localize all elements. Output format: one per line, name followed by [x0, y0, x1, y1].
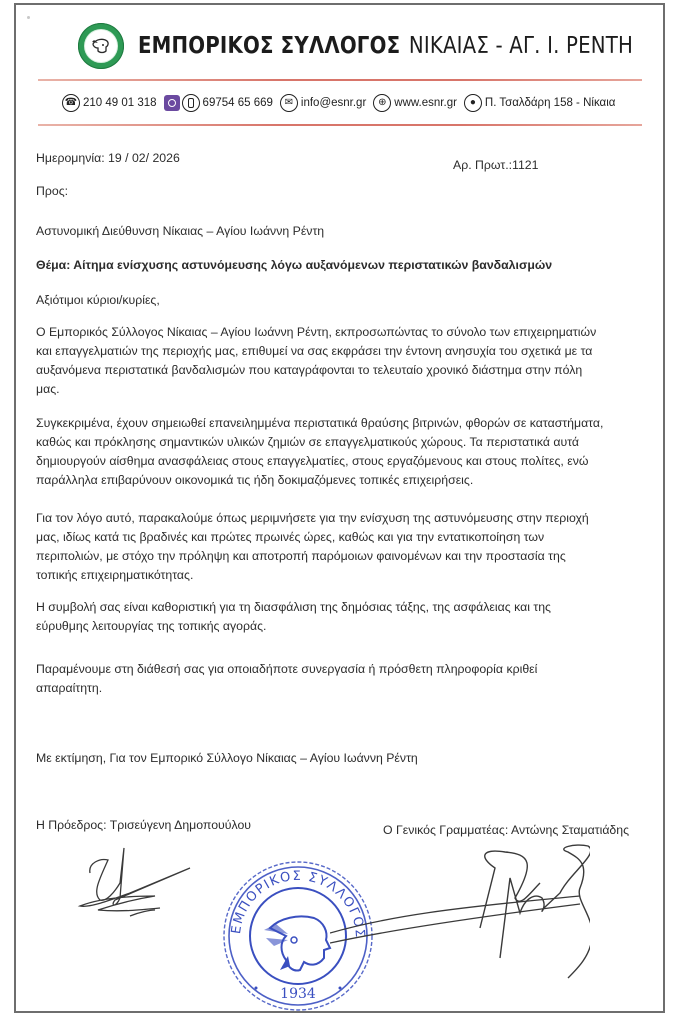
envelope-icon: ✉	[280, 94, 298, 112]
paragraph-line: μας, ιδίως κατά τις βραδινές και πρώτες …	[36, 528, 636, 547]
salutation: Αξιότιμοι κύριοι/κυρίες,	[36, 293, 160, 307]
email-link[interactable]: info@esnr.gr	[301, 97, 366, 109]
scan-speck	[27, 16, 30, 19]
recipient-name: Αστυνομική Διεύθυνση Νίκαιας – Αγίου Ιωά…	[36, 224, 324, 238]
letter-subject: Θέμα: Αίτημα ενίσχυσης αστυνόμευσης λόγω…	[36, 258, 552, 272]
title-bold-part: ΕΜΠΟΡΙΚΟΣ ΣΥΛΛΟΓΟΣ	[138, 33, 400, 59]
protocol-number: Αρ. Πρωτ.:1121	[453, 158, 538, 172]
president-signatory: Η Πρόεδρος: Τρισεύγενη Δημοπουύλου	[36, 818, 251, 832]
paragraph-line: δημιουργούν αίσθημα ανασφάλειας στους επ…	[36, 452, 636, 471]
paragraph-4: Η συμβολή σας είναι καθοριστική για τη δ…	[36, 598, 636, 636]
association-logo-icon	[78, 23, 124, 69]
address: Π. Τσαλδάρη 158 - Νίκαια	[485, 97, 615, 109]
svg-text:1934: 1934	[280, 986, 316, 1002]
paragraph-line: αυξανόμενα περιστατικά βανδαλισμών που κ…	[36, 361, 636, 380]
letterhead-title-row: ΕΜΠΟΡΙΚΟΣ ΣΥΛΛΟΓΟΣΝΙΚΑΙΑΣ - ΑΓ. Ι. ΡΕΝΤΗ	[78, 20, 689, 72]
website-link[interactable]: www.esnr.gr	[394, 97, 457, 109]
contact-bar: ☎ 210 49 01 318 69754 65 669 ✉ info@esnr…	[62, 92, 622, 114]
secretary-signatory: Ο Γενικός Γραμματέας: Αντώνης Σταματιάδη…	[383, 823, 629, 837]
president-signature	[70, 838, 210, 918]
location-pin-icon: ●	[464, 94, 482, 112]
secretary-signature	[330, 838, 590, 998]
paragraph-line: εύρυθμης λειτουργίας της τοπικής αγοράς.	[36, 617, 636, 636]
paragraph-3: Για τον λόγο αυτό, παρακαλούμε όπως μερι…	[36, 509, 636, 585]
paragraph-line: περιπολιών, με στόχο την πρόληψη και απο…	[36, 547, 636, 566]
paragraph-line: παράλληλα επιβαρύνουν οικονομικά τις ήδη…	[36, 471, 636, 490]
header-divider-top	[38, 79, 642, 81]
paragraph-2: Συγκεκριμένα, έχουν σημειωθεί επανειλημμ…	[36, 414, 636, 490]
paragraph-1: Ο Εμπορικός Σύλλογος Νίκαιας – Αγίου Ιωά…	[36, 323, 636, 399]
paragraph-line: Η συμβολή σας είναι καθοριστική για τη δ…	[36, 598, 636, 617]
paragraph-line: μας.	[36, 380, 636, 399]
mobile-number[interactable]: 69754 65 669	[203, 97, 273, 109]
paragraph-line: καθώς και πρόκλησης σημαντικών υλικών ζη…	[36, 433, 636, 452]
recipient-label: Προς:	[36, 184, 68, 198]
globe-icon: ⊕	[373, 94, 391, 112]
header-divider-bottom	[38, 124, 642, 126]
association-name: ΕΜΠΟΡΙΚΟΣ ΣΥΛΛΟΓΟΣΝΙΚΑΙΑΣ - ΑΓ. Ι. ΡΕΝΤΗ	[138, 33, 633, 59]
closing: Με εκτίμηση, Για τον Εμπορικό Σύλλογο Νί…	[36, 751, 418, 765]
paragraph-line: και επαγγελματιών της περιοχής μας, επιθ…	[36, 342, 636, 361]
paragraph-line: Συγκεκριμένα, έχουν σημειωθεί επανειλημμ…	[36, 414, 636, 433]
title-regular-part: ΝΙΚΑΙΑΣ - ΑΓ. Ι. ΡΕΝΤΗ	[409, 33, 633, 59]
paragraph-line: Παραμένουμε στη διάθεσή σας για οποιαδήπ…	[36, 660, 636, 679]
paragraph-5: Παραμένουμε στη διάθεσή σας για οποιαδήπ…	[36, 660, 636, 698]
phone-number[interactable]: 210 49 01 318	[83, 97, 157, 109]
phone-icon: ☎	[62, 94, 80, 112]
paragraph-line: απαραίτητη.	[36, 679, 636, 698]
letter-date: Ημερομηνία: 19 / 02/ 2026	[36, 151, 180, 165]
viber-icon	[164, 95, 180, 111]
paragraph-line: Ο Εμπορικός Σύλλογος Νίκαιας – Αγίου Ιωά…	[36, 323, 636, 342]
paragraph-line: τοπικής επιχειρηματικότητας.	[36, 566, 636, 585]
mobile-phone-icon	[182, 94, 200, 112]
paragraph-line: Για τον λόγο αυτό, παρακαλούμε όπως μερι…	[36, 509, 636, 528]
